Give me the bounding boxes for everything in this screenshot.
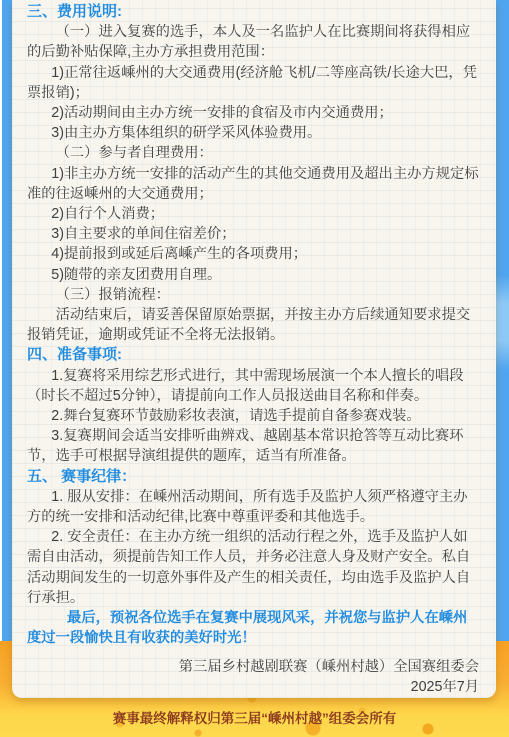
preparation-item: 1.复赛将采用综艺形式进行，其中需现场展演一个本人擅长的唱段（时长不超过5分钟）… bbox=[27, 366, 481, 406]
section-preparation-heading: 四、准备事项: bbox=[27, 345, 481, 365]
signoff-organization: 第三届乡村越剧联赛（嵊州村越）全国赛组委会 bbox=[27, 657, 479, 678]
section-fees-heading: 三、费用说明: bbox=[27, 2, 481, 22]
discipline-item: 2. 安全责任：在主办方统一组织的活动行程之外，选手及监护人如需自由活动，须提前… bbox=[27, 527, 481, 608]
frame-bar-right bbox=[496, 0, 509, 641]
fees-item: 1)正常往返嵊州的大交通费用(经济舱飞机/二等座高铁/长途大巴，凭票报销)； bbox=[27, 63, 481, 103]
fees-paragraph: （三）报销流程： bbox=[27, 285, 481, 305]
fees-item: 5)随带的亲友团费用自理。 bbox=[27, 265, 481, 285]
fees-item: 3)自主要求的单间住宿差价； bbox=[27, 224, 481, 244]
signoff-block: 第三届乡村越剧联赛（嵊州村越）全国赛组委会 2025年7月 bbox=[27, 657, 481, 698]
preparation-item: 3.复赛期间会适当安排听曲辨戏、越剧基本常识抢答等互动比赛环节，选手可根据导演组… bbox=[27, 426, 481, 466]
closing-wishes: 最后，预祝各位选手在复赛中展现风采，并祝您与监护人在嵊州度过一段愉快且有收获的美… bbox=[27, 608, 481, 648]
fees-item: 1)非主办方统一安排的活动产生的其他交通费用及超出主办方规定标准的往返嵊州的大交… bbox=[27, 164, 481, 204]
fees-item: 2)活动期间由主办方统一安排的食宿及市内交通费用； bbox=[27, 103, 481, 123]
fees-paragraph: （一）进入复赛的选手，本人及一名监护人在比赛期间将获得相应的后勤补贴保障,主办方… bbox=[27, 22, 481, 62]
fees-item: 2)自行个人消费； bbox=[27, 204, 481, 224]
frame-bar-left bbox=[2, 0, 12, 641]
competition-notice-poster: 三、费用说明: （一）进入复赛的选手，本人及一名监护人在比赛期间将获得相应的后勤… bbox=[0, 0, 509, 737]
frame-bar-highlight bbox=[496, 275, 509, 370]
fees-paragraph: （二）参与者自理费用： bbox=[27, 143, 481, 163]
fees-item: 4)提前报到或延后离嵊产生的各项费用； bbox=[27, 244, 481, 264]
section-discipline-heading: 五、 赛事纪律： bbox=[27, 467, 481, 487]
discipline-item: 1. 服从安排：在嵊州活动期间，所有选手及监护人须严格遵守主办方的统一安排和活动… bbox=[27, 487, 481, 527]
preparation-item: 2.舞台复赛环节鼓励彩妆表演，请选手提前自备参赛戏装。 bbox=[27, 406, 481, 426]
fees-item: 3)由主办方集体组织的研学采风体验费用。 bbox=[27, 123, 481, 143]
interpretation-rights-note: 赛事最终解释权归第三届“嵊州村越”组委会所有 bbox=[0, 707, 509, 727]
fees-paragraph: 活动结束后，请妥善保留原始票据，并按主办方后续通知要求提交报销凭证，逾期或凭证不… bbox=[27, 305, 481, 345]
document-paper: 三、费用说明: （一）进入复赛的选手，本人及一名监护人在比赛期间将获得相应的后勤… bbox=[12, 0, 496, 698]
signoff-date: 2025年7月 bbox=[27, 677, 479, 698]
